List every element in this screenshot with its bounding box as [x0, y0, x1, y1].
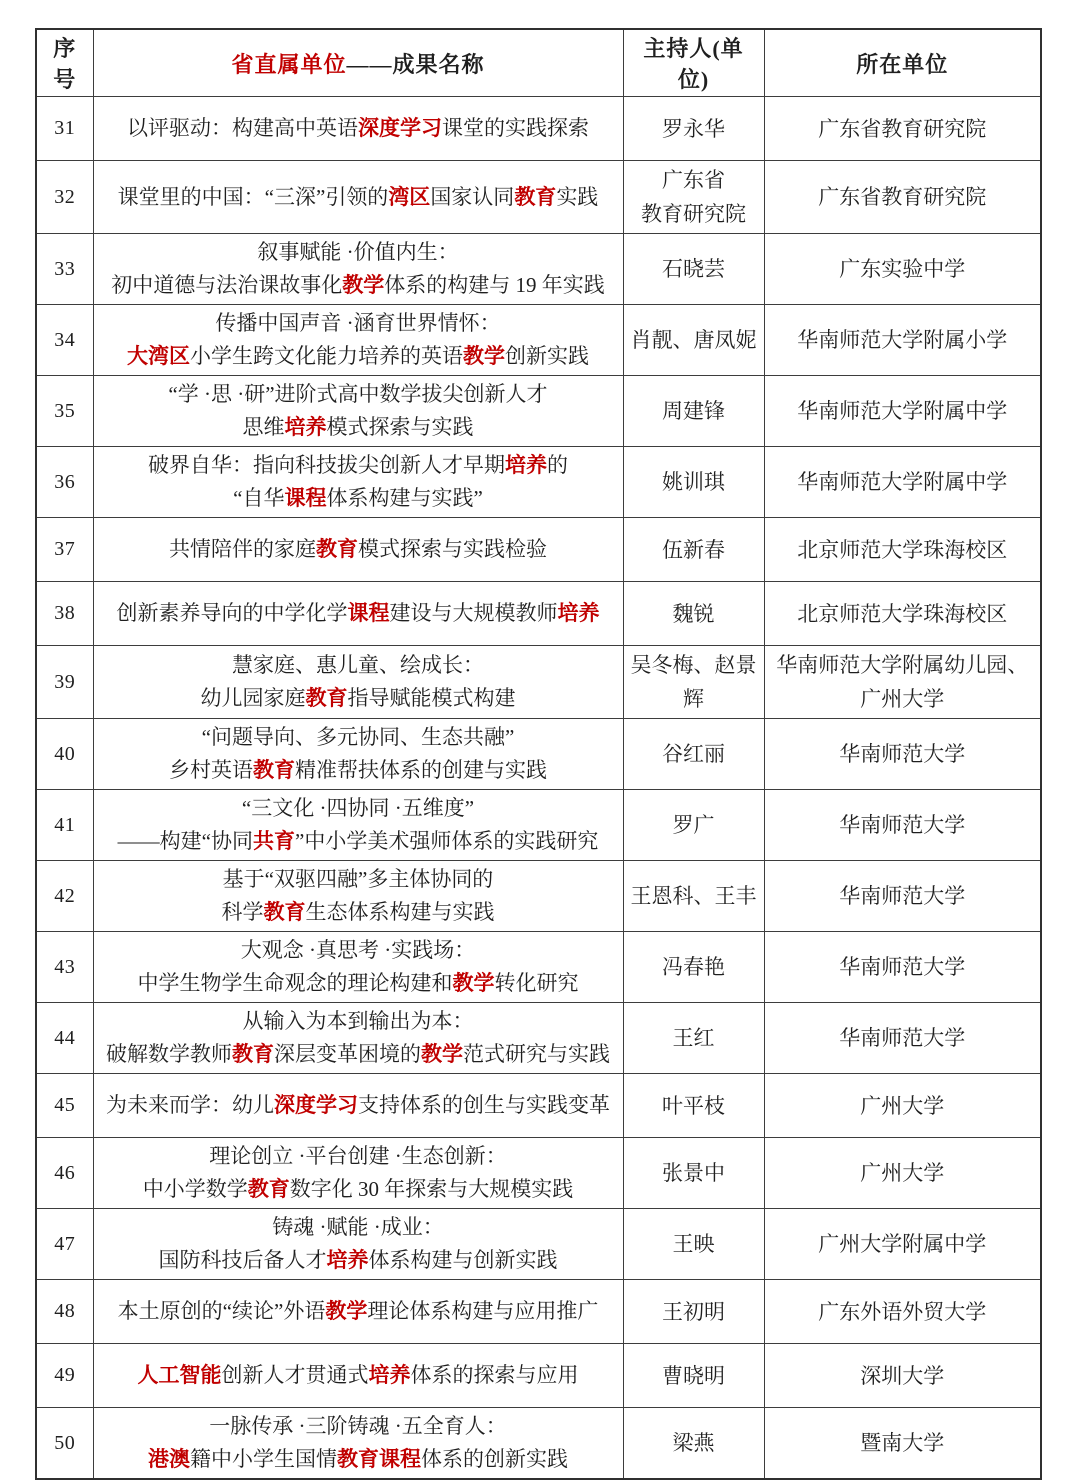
red-highlight: 教育 — [316, 537, 358, 561]
text-segment: 铸魂 ·赋能 ·成业： — [272, 1215, 444, 1239]
text-segment: 深层变革困境的 — [274, 1042, 421, 1066]
row-number-cell: 38 — [36, 582, 93, 646]
org-line: 广东省教育研究院 — [770, 180, 1036, 214]
text-segment: 生态体系构建与实践 — [306, 900, 495, 924]
name-line: 港澳籍中小学生国情教育课程体系的创新实践 — [99, 1443, 618, 1476]
org-line: 广东省教育研究院 — [770, 112, 1036, 146]
red-highlight: 培养 — [327, 1248, 369, 1272]
row-number-cell: 49 — [36, 1344, 93, 1408]
achievement-name-cell: 大观念 ·真思考 ·实践场：中学生物学生命观念的理论构建和教学转化研究 — [93, 932, 623, 1003]
red-highlight: 教学 — [421, 1042, 463, 1066]
row-number-cell: 36 — [36, 447, 93, 518]
text-segment: 模式探索与实践检验 — [358, 537, 547, 561]
org-cell: 广东实验中学 — [764, 234, 1041, 305]
host-cell: 吴冬梅、赵景辉 — [623, 646, 764, 719]
row-number-cell: 40 — [36, 719, 93, 790]
name-line: 以评驱动：构建高中英语深度学习课堂的实践探索 — [99, 112, 618, 145]
red-highlight: 教育课程 — [337, 1447, 421, 1471]
row-number-cell: 45 — [36, 1074, 93, 1138]
red-highlight: 深度学习 — [274, 1093, 358, 1117]
org-line: 华南师范大学 — [770, 808, 1036, 842]
row-number-cell: 47 — [36, 1209, 93, 1280]
text-segment: 幼儿园家庭 — [201, 686, 306, 710]
text-segment: 体系构建与创新实践 — [369, 1248, 558, 1272]
text-segment: 大观念 ·真思考 ·实践场： — [241, 938, 476, 962]
text-segment: 破解数学教师 — [106, 1042, 232, 1066]
achievement-name-cell: “学 ·思 ·研”进阶式高中数学拔尖创新人才思维培养模式探索与实践 — [93, 376, 623, 447]
name-line: 科学教育生态体系构建与实践 — [99, 896, 618, 929]
red-highlight: 教育 — [253, 758, 295, 782]
text-segment: 创新素养导向的中学化学 — [117, 601, 348, 625]
text-segment: “问题导向、多元协同、生态共融” — [202, 725, 515, 749]
org-line: 深圳大学 — [770, 1359, 1036, 1393]
header-name-red-label: 省直属单位 — [231, 52, 346, 77]
org-line: 北京师范大学珠海校区 — [770, 533, 1036, 567]
row-number-cell: 37 — [36, 518, 93, 582]
text-segment: 思维 — [243, 415, 285, 439]
host-cell: 梁燕 — [623, 1408, 764, 1480]
name-line: 国防科技后备人才培养体系构建与创新实践 — [99, 1244, 618, 1277]
header-host: 主持人(单位) — [623, 29, 764, 97]
table-row: 46理论创立 ·平台创建 ·生态创新：中小学数学教育数字化 30 年探索与大规模… — [36, 1138, 1041, 1209]
red-highlight: 人工智能 — [138, 1363, 222, 1387]
achievement-name-cell: “三文化 ·四协同 ·五维度”——构建“协同共育”中小学美术强师体系的实践研究 — [93, 790, 623, 861]
text-segment: 体系的构建与 19 年实践 — [384, 273, 605, 297]
host-cell: 王映 — [623, 1209, 764, 1280]
red-highlight: 教育 — [264, 900, 306, 924]
name-line: 幼儿园家庭教育指导赋能模式构建 — [99, 682, 618, 715]
red-highlight: 课程 — [348, 601, 390, 625]
text-segment: 实践 — [556, 185, 598, 209]
text-segment: ”中小学美术强师体系的实践研究 — [295, 829, 598, 853]
achievement-name-cell: 铸魂 ·赋能 ·成业：国防科技后备人才培养体系构建与创新实践 — [93, 1209, 623, 1280]
achievement-name-cell: 传播中国声音 ·涵育世界情怀：大湾区小学生跨文化能力培养的英语教学创新实践 — [93, 305, 623, 376]
host-line: 谷红丽 — [629, 737, 759, 771]
host-cell: 肖靓、唐凤妮 — [623, 305, 764, 376]
red-highlight: 培养 — [558, 601, 600, 625]
host-line: 罗广 — [629, 808, 759, 842]
table-row: 50一脉传承 ·三阶铸魂 ·五全育人：港澳籍中小学生国情教育课程体系的创新实践梁… — [36, 1408, 1041, 1480]
org-line: 广州大学 — [770, 1156, 1036, 1190]
text-segment: 小学生跨文化能力培养的英语 — [190, 344, 463, 368]
achievement-name-cell: 为未来而学：幼儿深度学习支持体系的创生与实践变革 — [93, 1074, 623, 1138]
org-cell: 广州大学 — [764, 1138, 1041, 1209]
org-cell: 华南师范大学 — [764, 932, 1041, 1003]
org-cell: 暨南大学 — [764, 1408, 1041, 1480]
table-row: 37共情陪伴的家庭教育模式探索与实践检验伍新春北京师范大学珠海校区 — [36, 518, 1041, 582]
host-cell: 王初明 — [623, 1280, 764, 1344]
name-line: 思维培养模式探索与实践 — [99, 411, 618, 444]
table-row: 42基于“双驱四融”多主体协同的科学教育生态体系构建与实践王恩科、王丰华南师范大… — [36, 861, 1041, 932]
table-row: 32课堂里的中国：“三深”引领的湾区国家认同教育实践广东省教育研究院广东省教育研… — [36, 161, 1041, 234]
text-segment: 基于“双驱四融”多主体协同的 — [223, 867, 494, 891]
table-row: 40“问题导向、多元协同、生态共融”乡村英语教育精准帮扶体系的创建与实践谷红丽华… — [36, 719, 1041, 790]
achievement-name-cell: 一脉传承 ·三阶铸魂 ·五全育人：港澳籍中小学生国情教育课程体系的创新实践 — [93, 1408, 623, 1480]
text-segment: 共情陪伴的家庭 — [169, 537, 316, 561]
name-line: 人工智能创新人才贯通式培养体系的探索与应用 — [99, 1359, 618, 1392]
achievement-name-cell: 基于“双驱四融”多主体协同的科学教育生态体系构建与实践 — [93, 861, 623, 932]
host-cell: 周建锋 — [623, 376, 764, 447]
text-segment: 一脉传承 ·三阶铸魂 ·五全育人： — [209, 1414, 507, 1438]
text-segment: 创新实践 — [505, 344, 589, 368]
achievement-name-cell: 创新素养导向的中学化学课程建设与大规模教师培养 — [93, 582, 623, 646]
text-segment: 理论体系构建与应用推广 — [367, 1299, 598, 1323]
org-cell: 华南师范大学 — [764, 790, 1041, 861]
red-highlight: 教学 — [342, 273, 384, 297]
name-line: 基于“双驱四融”多主体协同的 — [99, 863, 618, 896]
achievement-name-cell: 叙事赋能 ·价值内生：初中道德与法治课故事化教学体系的构建与 19 年实践 — [93, 234, 623, 305]
table-row: 45为未来而学：幼儿深度学习支持体系的创生与实践变革叶平枝广州大学 — [36, 1074, 1041, 1138]
header-no-label: 序号 — [53, 36, 76, 92]
red-highlight: 教学 — [463, 344, 505, 368]
host-line: 石晓芸 — [629, 252, 759, 286]
host-line: 王初明 — [629, 1295, 759, 1329]
org-line: 华南师范大学附属中学 — [770, 394, 1036, 428]
text-segment: 乡村英语 — [169, 758, 253, 782]
org-cell: 广州大学附属中学 — [764, 1209, 1041, 1280]
table-row: 44从输入为本到输出为本：破解数学教师教育深层变革困境的教学范式研究与实践王红华… — [36, 1003, 1041, 1074]
name-line: “三文化 ·四协同 ·五维度” — [99, 792, 618, 825]
org-cell: 广东省教育研究院 — [764, 97, 1041, 161]
row-number-cell: 48 — [36, 1280, 93, 1344]
host-line: 肖靓、唐凤妮 — [629, 323, 759, 357]
org-line: 华南师范大学附属小学 — [770, 323, 1036, 357]
org-cell: 华南师范大学 — [764, 1003, 1041, 1074]
host-cell: 谷红丽 — [623, 719, 764, 790]
text-segment: 体系的探索与应用 — [411, 1363, 579, 1387]
table-row: 49人工智能创新人才贯通式培养体系的探索与应用曹晓明深圳大学 — [36, 1344, 1041, 1408]
text-segment: 模式探索与实践 — [327, 415, 474, 439]
text-segment: 以评驱动：构建高中英语 — [127, 116, 358, 140]
table-row: 47铸魂 ·赋能 ·成业：国防科技后备人才培养体系构建与创新实践王映广州大学附属… — [36, 1209, 1041, 1280]
table-row: 39慧家庭、惠儿童、绘成长：幼儿园家庭教育指导赋能模式构建吴冬梅、赵景辉华南师范… — [36, 646, 1041, 719]
host-line: 王映 — [629, 1227, 759, 1261]
text-segment: 课堂的实践探索 — [442, 116, 589, 140]
achievement-name-cell: 理论创立 ·平台创建 ·生态创新：中小学数学教育数字化 30 年探索与大规模实践 — [93, 1138, 623, 1209]
text-segment: 叙事赋能 ·价值内生： — [257, 240, 458, 264]
red-highlight: 教育 — [306, 686, 348, 710]
name-line: 从输入为本到输出为本： — [99, 1005, 618, 1038]
host-line: 广东省 — [629, 163, 759, 197]
org-line: 华南师范大学 — [770, 879, 1036, 913]
text-segment: “学 ·思 ·研”进阶式高中数学拔尖创新人才 — [168, 382, 547, 406]
text-segment: 本土原创的“续论”外语 — [118, 1299, 326, 1323]
red-highlight: 培养 — [369, 1363, 411, 1387]
red-highlight: 教学 — [453, 971, 495, 995]
achievement-name-cell: 以评驱动：构建高中英语深度学习课堂的实践探索 — [93, 97, 623, 161]
text-segment: “三文化 ·四协同 ·五维度” — [242, 796, 474, 820]
table-row: 38创新素养导向的中学化学课程建设与大规模教师培养魏锐北京师范大学珠海校区 — [36, 582, 1041, 646]
host-line: 冯春艳 — [629, 950, 759, 984]
name-line: 叙事赋能 ·价值内生： — [99, 236, 618, 269]
text-segment: 国家认同 — [430, 185, 514, 209]
org-line: 广州大学 — [770, 1089, 1036, 1123]
name-line: 破解数学教师教育深层变革困境的教学范式研究与实践 — [99, 1038, 618, 1071]
host-line: 周建锋 — [629, 394, 759, 428]
org-line: 华南师范大学 — [770, 1021, 1036, 1055]
row-number-cell: 46 — [36, 1138, 93, 1209]
name-line: 课堂里的中国：“三深”引领的湾区国家认同教育实践 — [99, 181, 618, 214]
red-highlight: 共育 — [253, 829, 295, 853]
host-line: 叶平枝 — [629, 1089, 759, 1123]
host-cell: 姚训琪 — [623, 447, 764, 518]
text-segment: 理论创立 ·平台创建 ·生态创新： — [209, 1144, 507, 1168]
name-line: “自华课程体系构建与实践” — [99, 482, 618, 515]
name-line: 乡村英语教育精准帮扶体系的创建与实践 — [99, 754, 618, 787]
red-highlight: 深度学习 — [358, 116, 442, 140]
org-line: 广州大学 — [770, 682, 1036, 716]
table-header: 序号 省直属单位——成果名称 主持人(单位) 所在单位 — [36, 29, 1041, 97]
row-number-cell: 43 — [36, 932, 93, 1003]
org-line: 华南师范大学附属幼儿园、 — [770, 648, 1036, 682]
org-line: 华南师范大学 — [770, 950, 1036, 984]
org-line: 广东外语外贸大学 — [770, 1295, 1036, 1329]
red-highlight: 湾区 — [388, 185, 430, 209]
org-cell: 广东省教育研究院 — [764, 161, 1041, 234]
achievement-name-cell: 本土原创的“续论”外语教学理论体系构建与应用推广 — [93, 1280, 623, 1344]
name-line: 一脉传承 ·三阶铸魂 ·五全育人： — [99, 1410, 618, 1443]
host-line: 吴冬梅、赵景辉 — [629, 648, 759, 716]
text-segment: 数字化 30 年探索与大规模实践 — [290, 1177, 574, 1201]
host-cell: 伍新春 — [623, 518, 764, 582]
achievement-name-cell: 破界自华：指向科技拔尖创新人才早期培养的“自华课程体系构建与实践” — [93, 447, 623, 518]
document-page: 序号 省直属单位——成果名称 主持人(单位) 所在单位 31以评驱动：构建高中英… — [0, 0, 1080, 1480]
header-host-label: 主持人(单位) — [643, 36, 743, 92]
org-cell: 北京师范大学珠海校区 — [764, 582, 1041, 646]
name-line: 铸魂 ·赋能 ·成业： — [99, 1211, 618, 1244]
text-segment: 指导赋能模式构建 — [348, 686, 516, 710]
host-cell: 曹晓明 — [623, 1344, 764, 1408]
host-cell: 叶平枝 — [623, 1074, 764, 1138]
org-cell: 华南师范大学 — [764, 719, 1041, 790]
name-line: 中学生物学生命观念的理论构建和教学转化研究 — [99, 967, 618, 1000]
text-segment: 籍中小学生国情 — [190, 1447, 337, 1471]
name-line: 传播中国声音 ·涵育世界情怀： — [99, 307, 618, 340]
host-line: 梁燕 — [629, 1426, 759, 1460]
table-row: 48本土原创的“续论”外语教学理论体系构建与应用推广王初明广东外语外贸大学 — [36, 1280, 1041, 1344]
table-row: 34传播中国声音 ·涵育世界情怀：大湾区小学生跨文化能力培养的英语教学创新实践肖… — [36, 305, 1041, 376]
red-highlight: 课程 — [285, 486, 327, 510]
host-cell: 罗永华 — [623, 97, 764, 161]
text-segment: 精准帮扶体系的创建与实践 — [295, 758, 547, 782]
host-line: 曹晓明 — [629, 1359, 759, 1393]
org-line: 华南师范大学 — [770, 737, 1036, 771]
org-line: 广州大学附属中学 — [770, 1227, 1036, 1261]
name-line: ——构建“协同共育”中小学美术强师体系的实践研究 — [99, 825, 618, 858]
row-number-cell: 34 — [36, 305, 93, 376]
red-highlight: 教育 — [248, 1177, 290, 1201]
name-line: 为未来而学：幼儿深度学习支持体系的创生与实践变革 — [99, 1089, 618, 1122]
row-number-cell: 32 — [36, 161, 93, 234]
name-line: 大观念 ·真思考 ·实践场： — [99, 934, 618, 967]
table-row: 41“三文化 ·四协同 ·五维度”——构建“协同共育”中小学美术强师体系的实践研… — [36, 790, 1041, 861]
org-cell: 广东外语外贸大学 — [764, 1280, 1041, 1344]
name-line: “问题导向、多元协同、生态共融” — [99, 721, 618, 754]
header-name-rest-label: ——成果名称 — [347, 52, 485, 77]
header-row: 序号 省直属单位——成果名称 主持人(单位) 所在单位 — [36, 29, 1041, 97]
achievement-name-cell: 人工智能创新人才贯通式培养体系的探索与应用 — [93, 1344, 623, 1408]
text-segment: 转化研究 — [495, 971, 579, 995]
org-cell: 华南师范大学附属中学 — [764, 376, 1041, 447]
achievement-name-cell: 课堂里的中国：“三深”引领的湾区国家认同教育实践 — [93, 161, 623, 234]
row-number-cell: 50 — [36, 1408, 93, 1480]
text-segment: 支持体系的创生与实践变革 — [358, 1093, 610, 1117]
achievement-name-cell: 共情陪伴的家庭教育模式探索与实践检验 — [93, 518, 623, 582]
text-segment: 科学 — [222, 900, 264, 924]
text-segment: 国防科技后备人才 — [159, 1248, 327, 1272]
text-segment: 为未来而学：幼儿 — [106, 1093, 274, 1117]
red-highlight: 港澳 — [148, 1447, 190, 1471]
host-line: 教育研究院 — [629, 197, 759, 231]
org-cell: 华南师范大学 — [764, 861, 1041, 932]
name-line: 中小学数学教育数字化 30 年探索与大规模实践 — [99, 1173, 618, 1206]
header-org: 所在单位 — [764, 29, 1041, 97]
text-segment: 破界自华：指向科技拔尖创新人才早期 — [148, 453, 505, 477]
host-cell: 冯春艳 — [623, 932, 764, 1003]
achievement-name-cell: “问题导向、多元协同、生态共融”乡村英语教育精准帮扶体系的创建与实践 — [93, 719, 623, 790]
name-line: “学 ·思 ·研”进阶式高中数学拔尖创新人才 — [99, 378, 618, 411]
achievements-table: 序号 省直属单位——成果名称 主持人(单位) 所在单位 31以评驱动：构建高中英… — [35, 28, 1042, 1480]
row-number-cell: 44 — [36, 1003, 93, 1074]
org-cell: 华南师范大学附属小学 — [764, 305, 1041, 376]
host-cell: 广东省教育研究院 — [623, 161, 764, 234]
row-number-cell: 33 — [36, 234, 93, 305]
host-cell: 魏锐 — [623, 582, 764, 646]
table-row: 43大观念 ·真思考 ·实践场：中学生物学生命观念的理论构建和教学转化研究冯春艳… — [36, 932, 1041, 1003]
achievement-name-cell: 慧家庭、惠儿童、绘成长：幼儿园家庭教育指导赋能模式构建 — [93, 646, 623, 719]
table-row: 35“学 ·思 ·研”进阶式高中数学拔尖创新人才思维培养模式探索与实践周建锋华南… — [36, 376, 1041, 447]
table-row: 31以评驱动：构建高中英语深度学习课堂的实践探索罗永华广东省教育研究院 — [36, 97, 1041, 161]
name-line: 破界自华：指向科技拔尖创新人才早期培养的 — [99, 449, 618, 482]
org-cell: 深圳大学 — [764, 1344, 1041, 1408]
text-segment: 范式研究与实践 — [463, 1042, 610, 1066]
org-cell: 广州大学 — [764, 1074, 1041, 1138]
table-row: 33叙事赋能 ·价值内生：初中道德与法治课故事化教学体系的构建与 19 年实践石… — [36, 234, 1041, 305]
org-line: 广东实验中学 — [770, 252, 1036, 286]
row-number-cell: 35 — [36, 376, 93, 447]
host-line: 伍新春 — [629, 533, 759, 567]
header-org-label: 所在单位 — [856, 52, 948, 77]
text-segment: 的 — [547, 453, 568, 477]
text-segment: 体系的创新实践 — [421, 1447, 568, 1471]
red-highlight: 教育 — [514, 185, 556, 209]
org-cell: 华南师范大学附属幼儿园、广州大学 — [764, 646, 1041, 719]
text-segment: 创新人才贯通式 — [222, 1363, 369, 1387]
host-line: 张景中 — [629, 1156, 759, 1190]
host-cell: 石晓芸 — [623, 234, 764, 305]
row-number-cell: 42 — [36, 861, 93, 932]
name-line: 理论创立 ·平台创建 ·生态创新： — [99, 1140, 618, 1173]
text-segment: ——构建“协同 — [118, 829, 253, 853]
name-line: 慧家庭、惠儿童、绘成长： — [99, 649, 618, 682]
text-segment: 初中道德与法治课故事化 — [111, 273, 342, 297]
name-line: 大湾区小学生跨文化能力培养的英语教学创新实践 — [99, 340, 618, 373]
text-segment: 慧家庭、惠儿童、绘成长： — [232, 653, 484, 677]
host-line: 王恩科、王丰 — [629, 879, 759, 913]
host-cell: 张景中 — [623, 1138, 764, 1209]
name-line: 初中道德与法治课故事化教学体系的构建与 19 年实践 — [99, 269, 618, 302]
org-line: 暨南大学 — [770, 1426, 1036, 1460]
host-line: 王红 — [629, 1021, 759, 1055]
text-segment: 中小学数学 — [143, 1177, 248, 1201]
row-number-cell: 31 — [36, 97, 93, 161]
row-number-cell: 39 — [36, 646, 93, 719]
text-segment: 建设与大规模教师 — [390, 601, 558, 625]
text-segment: 传播中国声音 ·涵育世界情怀： — [215, 311, 500, 335]
row-number-cell: 41 — [36, 790, 93, 861]
name-line: 共情陪伴的家庭教育模式探索与实践检验 — [99, 533, 618, 566]
text-segment: 课堂里的中国：“三深”引领的 — [118, 185, 389, 209]
host-line: 罗永华 — [629, 112, 759, 146]
table-row: 36破界自华：指向科技拔尖创新人才早期培养的“自华课程体系构建与实践”姚训琪华南… — [36, 447, 1041, 518]
org-line: 北京师范大学珠海校区 — [770, 597, 1036, 631]
header-name: 省直属单位——成果名称 — [93, 29, 623, 97]
name-line: 创新素养导向的中学化学课程建设与大规模教师培养 — [99, 597, 618, 630]
text-segment: 体系构建与实践” — [327, 486, 483, 510]
org-cell: 华南师范大学附属中学 — [764, 447, 1041, 518]
text-segment: 中学生物学生命观念的理论构建和 — [138, 971, 453, 995]
text-segment: “自华 — [233, 486, 284, 510]
host-cell: 罗广 — [623, 790, 764, 861]
org-line: 华南师范大学附属中学 — [770, 465, 1036, 499]
name-line: 本土原创的“续论”外语教学理论体系构建与应用推广 — [99, 1295, 618, 1328]
host-line: 魏锐 — [629, 597, 759, 631]
achievement-name-cell: 从输入为本到输出为本：破解数学教师教育深层变革困境的教学范式研究与实践 — [93, 1003, 623, 1074]
results-table-body: 31以评驱动：构建高中英语深度学习课堂的实践探索罗永华广东省教育研究院32课堂里… — [36, 97, 1041, 1480]
red-highlight: 大湾区 — [127, 344, 190, 368]
host-cell: 王红 — [623, 1003, 764, 1074]
red-highlight: 教学 — [325, 1299, 367, 1323]
red-highlight: 培养 — [505, 453, 547, 477]
red-highlight: 教育 — [232, 1042, 274, 1066]
host-cell: 王恩科、王丰 — [623, 861, 764, 932]
red-highlight: 培养 — [285, 415, 327, 439]
text-segment: 从输入为本到输出为本： — [243, 1009, 474, 1033]
header-no: 序号 — [36, 29, 93, 97]
org-cell: 北京师范大学珠海校区 — [764, 518, 1041, 582]
host-line: 姚训琪 — [629, 465, 759, 499]
